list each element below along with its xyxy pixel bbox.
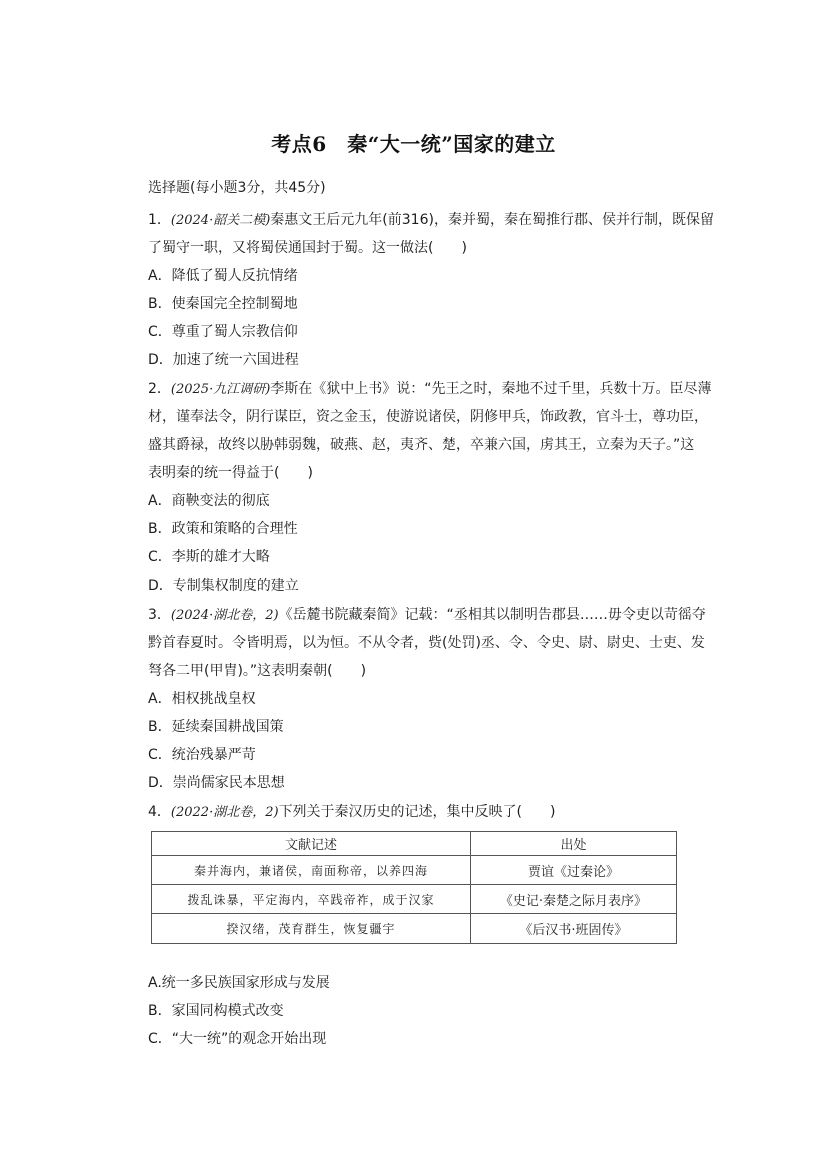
question-4-line-1: 4．(2022·湖北卷，2)下列关于秦汉历史的记述，集中反映了( ) — [148, 802, 556, 823]
question-3-line-3: 弩各二甲(甲胄)。”这表明秦朝( ) — [148, 661, 366, 681]
question-source: (2024·韶关二模) — [171, 213, 270, 228]
table-cell: 《史记·秦楚之际月表序》 — [471, 885, 677, 914]
question-number: 3． — [148, 607, 171, 623]
table-row: 秦并海内，兼诸侯，南面称帝，以养四海 贾谊《过秦论》 — [152, 856, 677, 885]
question-4-option-a[interactable]: A.统一多民族国家形成与发展 — [148, 973, 330, 993]
question-4-option-b[interactable]: B．家国同构模式改变 — [148, 1001, 284, 1021]
question-source: (2025·九江调研) — [171, 382, 270, 397]
question-source: (2022·湖北卷，2) — [171, 805, 279, 820]
question-1-line-2: 了蜀守一职，又将蜀侯通国封于蜀。这一做法( ) — [148, 238, 467, 258]
question-1-option-b[interactable]: B．使秦国完全控制蜀地 — [148, 294, 298, 314]
question-2-option-a[interactable]: A．商鞅变法的彻底 — [148, 491, 270, 511]
page-title: 考点6 秦“大一统”国家的建立 — [0, 128, 827, 157]
source-table: 文献记述 出处 秦并海内，兼诸侯，南面称帝，以养四海 贾谊《过秦论》 拨乱诛暴，… — [151, 831, 677, 944]
table-cell: 拨乱诛暴，平定海内，卒践帝祚，成于汉家 — [152, 885, 471, 914]
table-header-cell: 文献记述 — [152, 832, 471, 856]
question-4-option-c[interactable]: C．“大一统”的观念开始出现 — [148, 1029, 326, 1049]
question-3-option-b[interactable]: B．延续秦国耕战国策 — [148, 717, 284, 737]
question-2-option-d[interactable]: D．专制集权制度的建立 — [148, 576, 299, 596]
question-number: 1． — [148, 212, 171, 228]
table-cell: 贾谊《过秦论》 — [471, 856, 677, 885]
question-2-option-c[interactable]: C．李斯的雄才大略 — [148, 547, 270, 567]
question-2-option-b[interactable]: B．政策和策略的合理性 — [148, 519, 298, 539]
document-page: 考点6 秦“大一统”国家的建立 选择题(每小题3分，共45分) 1．(2024·… — [0, 0, 827, 1169]
question-2-line-1: 2．(2025·九江调研)李斯在《狱中上书》说：“先王之时，秦地不过千里，兵数十… — [148, 379, 712, 400]
question-1-option-d[interactable]: D．加速了统一六国进程 — [148, 350, 299, 370]
table-row: 拨乱诛暴，平定海内，卒践帝祚，成于汉家 《史记·秦楚之际月表序》 — [152, 885, 677, 914]
table-header-row: 文献记述 出处 — [152, 832, 677, 856]
question-3-option-a[interactable]: A．相权挑战皇权 — [148, 689, 256, 709]
question-1-option-c[interactable]: C．尊重了蜀人宗教信仰 — [148, 322, 298, 342]
table-row: 揆汉绪，茂育群生，恢复疆宇 《后汉书·班固传》 — [152, 914, 677, 944]
question-3-option-d[interactable]: D．崇尚儒家民本思想 — [148, 773, 285, 793]
question-number: 4． — [148, 804, 171, 820]
question-3-line-1: 3．(2024·湖北卷，2)《岳麓书院藏秦简》记载：“丞相其以制明告郡县……毋令… — [148, 605, 706, 626]
question-source: (2024·湖北卷，2) — [171, 608, 279, 623]
section-header: 选择题(每小题3分，共45分) — [148, 178, 326, 198]
question-1-line-1: 1．(2024·韶关二模)秦惠文王后元九年(前316)，秦并蜀，秦在蜀推行郡、侯… — [148, 210, 714, 231]
question-2-line-4: 表明秦的统一得益于( ) — [148, 463, 313, 483]
question-number: 2． — [148, 381, 171, 397]
table-header-cell: 出处 — [471, 832, 677, 856]
question-1-option-a[interactable]: A．降低了蜀人反抗情绪 — [148, 266, 298, 286]
table-cell: 《后汉书·班固传》 — [471, 914, 677, 944]
question-2-line-2: 材，谨奉法令，阴行谋臣，资之金玉，使游说诸侯，阴修甲兵，饰政教，官斗士，尊功臣， — [148, 407, 708, 427]
question-3-option-c[interactable]: C．统治残暴严苛 — [148, 745, 256, 765]
table-cell: 秦并海内，兼诸侯，南面称帝，以养四海 — [152, 856, 471, 885]
question-2-line-3: 盛其爵禄，故终以胁韩弱魏，破燕、赵，夷齐、楚，卒兼六国，虏其王，立秦为天子。”这 — [148, 435, 694, 455]
table-cell: 揆汉绪，茂育群生，恢复疆宇 — [152, 914, 471, 944]
question-3-line-2: 黔首春夏时。令皆明焉，以为恒。不从令者，赀(处罚)丞、令、令史、尉、尉史、士吏、… — [148, 633, 705, 653]
